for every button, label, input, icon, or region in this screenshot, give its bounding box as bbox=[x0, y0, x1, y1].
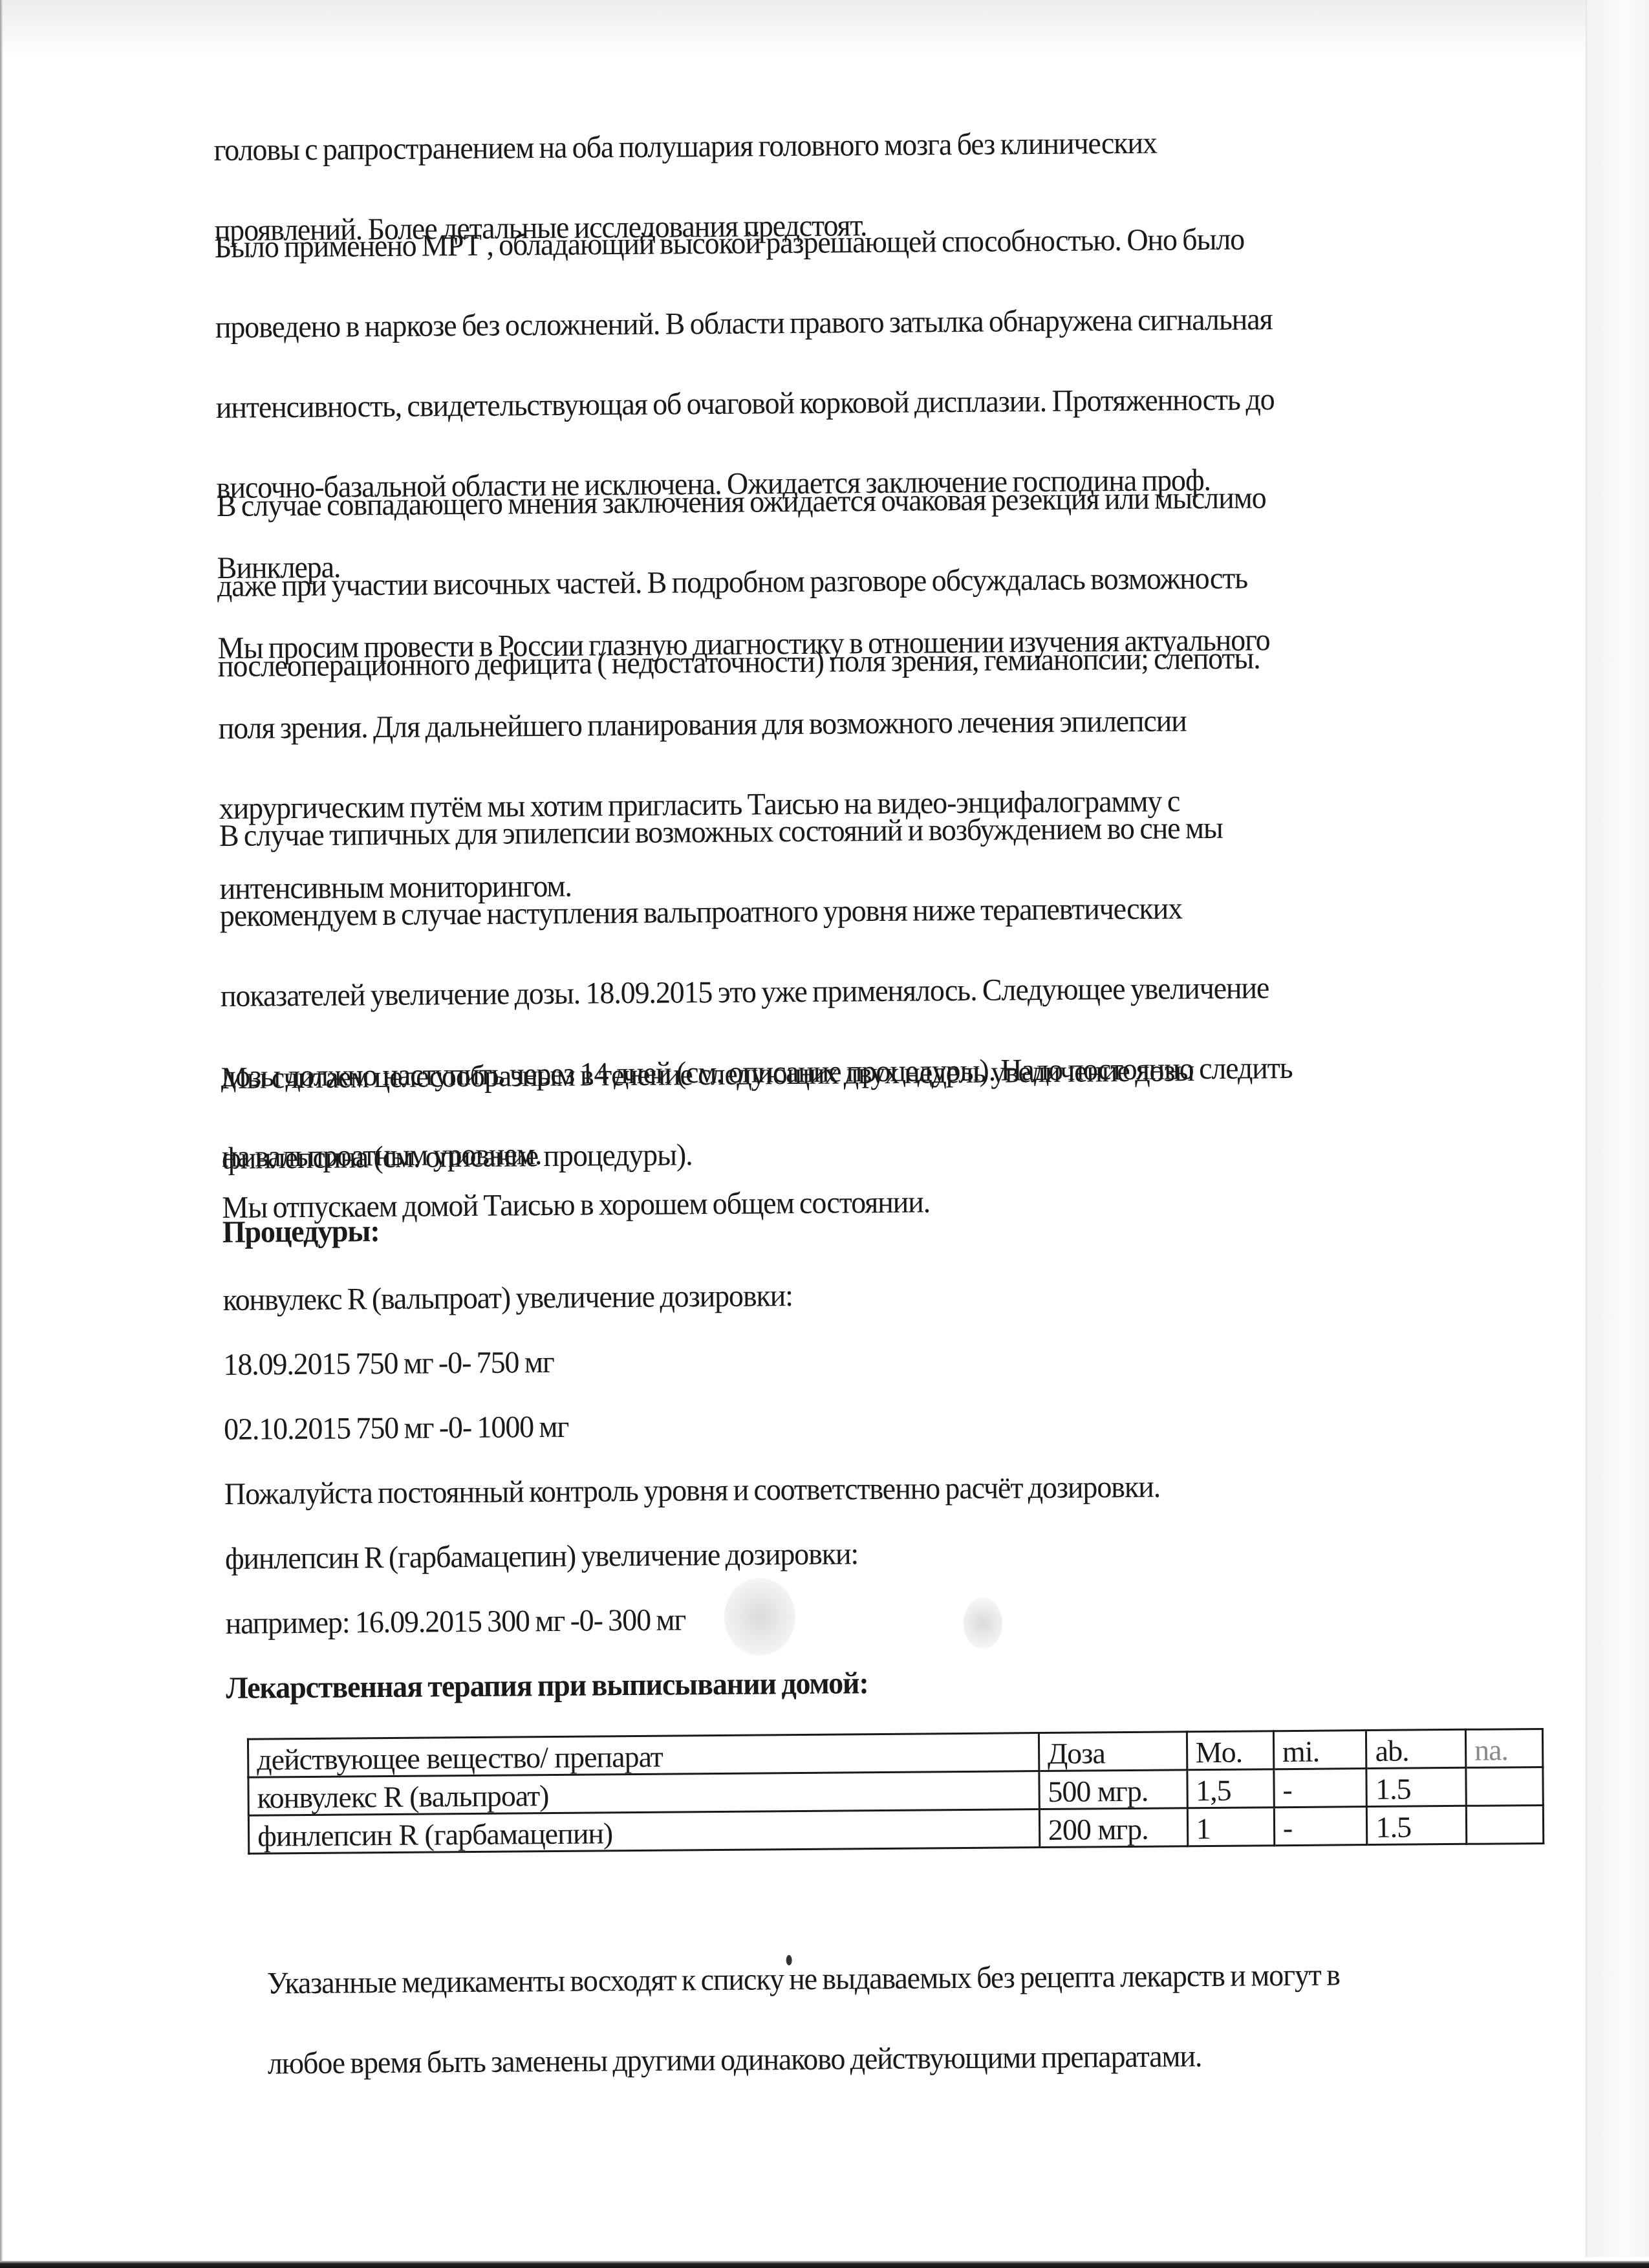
cell-midday: - bbox=[1274, 1769, 1367, 1808]
footer-note: Указанные медикаменты восходят к списку … bbox=[266, 1914, 1540, 2124]
ink-mark bbox=[786, 1955, 792, 1965]
text-line: В случае типичных для эпилепсии возможны… bbox=[219, 806, 1492, 856]
text-line: головы с рапространением на оба полушари… bbox=[213, 121, 1486, 171]
header-morning: Mo. bbox=[1187, 1731, 1274, 1770]
cell-dose: 500 мгр. bbox=[1039, 1770, 1187, 1809]
procedure-item: финлепсин R (гарбамацепин) увеличение до… bbox=[225, 1529, 1498, 1579]
header-evening: ab. bbox=[1366, 1729, 1466, 1768]
text-line: Указанные медикаменты восходят к списку … bbox=[267, 1954, 1540, 2003]
header-midday: mi. bbox=[1273, 1731, 1366, 1769]
cell-night bbox=[1466, 1767, 1544, 1806]
cell-night bbox=[1466, 1805, 1544, 1844]
text-line: В случае совпадающего мнения заключения … bbox=[217, 477, 1489, 526]
procedure-item: 02.10.2015 750 мг -0- 1000 мг bbox=[224, 1399, 1496, 1449]
text-line: любое время быть заменены другими одинак… bbox=[268, 2034, 1540, 2084]
cell-evening: 1.5 bbox=[1367, 1806, 1467, 1844]
text-line: Мы считаем целесообразным в течение след… bbox=[221, 1048, 1494, 1098]
cell-substance: конвулекс R (вальпроат) bbox=[248, 1771, 1039, 1816]
text-line: поля зрения. Для дальнейшего планировани… bbox=[218, 699, 1491, 749]
discharge-therapy-heading: Лекарственная терапия при выписывании до… bbox=[226, 1658, 1498, 1708]
procedure-item: например: 16.09.2015 300 мг -0- 300 мг bbox=[225, 1593, 1498, 1643]
cell-dose: 200 мгр. bbox=[1039, 1808, 1187, 1848]
procedure-item: 18.09.2015 750 мг -0- 750 мг bbox=[223, 1335, 1496, 1385]
text-line: проведено в наркозе без осложнений. В об… bbox=[215, 298, 1488, 348]
cell-evening: 1.5 bbox=[1366, 1767, 1466, 1806]
cell-substance: финлепсин R (гарбамацепин) bbox=[248, 1809, 1039, 1854]
text-line: интенсивность, свидетельствующая об очаг… bbox=[216, 378, 1489, 428]
header-dose: Доза bbox=[1039, 1732, 1187, 1771]
header-substance: действующее вещество/ препарат bbox=[248, 1733, 1039, 1778]
procedure-item: конвулекс R (вальпроат) увеличение дозир… bbox=[222, 1270, 1495, 1320]
cell-morning: 1,5 bbox=[1187, 1769, 1274, 1808]
medication-table: действующее вещество/ препарат Доза Mo. … bbox=[247, 1728, 1544, 1855]
document-page: головы с рапространением на оба полушари… bbox=[0, 0, 1649, 2268]
text-line: рекомендуем в случае наступления вальпро… bbox=[220, 887, 1493, 936]
text-line: Было применено МРТ , обладающий высокой … bbox=[215, 218, 1487, 268]
procedure-item: Пожалуйста постоянный контроль уровня и … bbox=[224, 1464, 1497, 1514]
text-line: показателей увеличение дозы. 18.09.2015 … bbox=[221, 967, 1493, 1017]
cell-morning: 1 bbox=[1187, 1808, 1275, 1846]
cell-midday: - bbox=[1274, 1807, 1367, 1846]
header-night: na. bbox=[1465, 1729, 1543, 1767]
text-line: Мы просим провести в России глазную диаг… bbox=[217, 619, 1490, 669]
